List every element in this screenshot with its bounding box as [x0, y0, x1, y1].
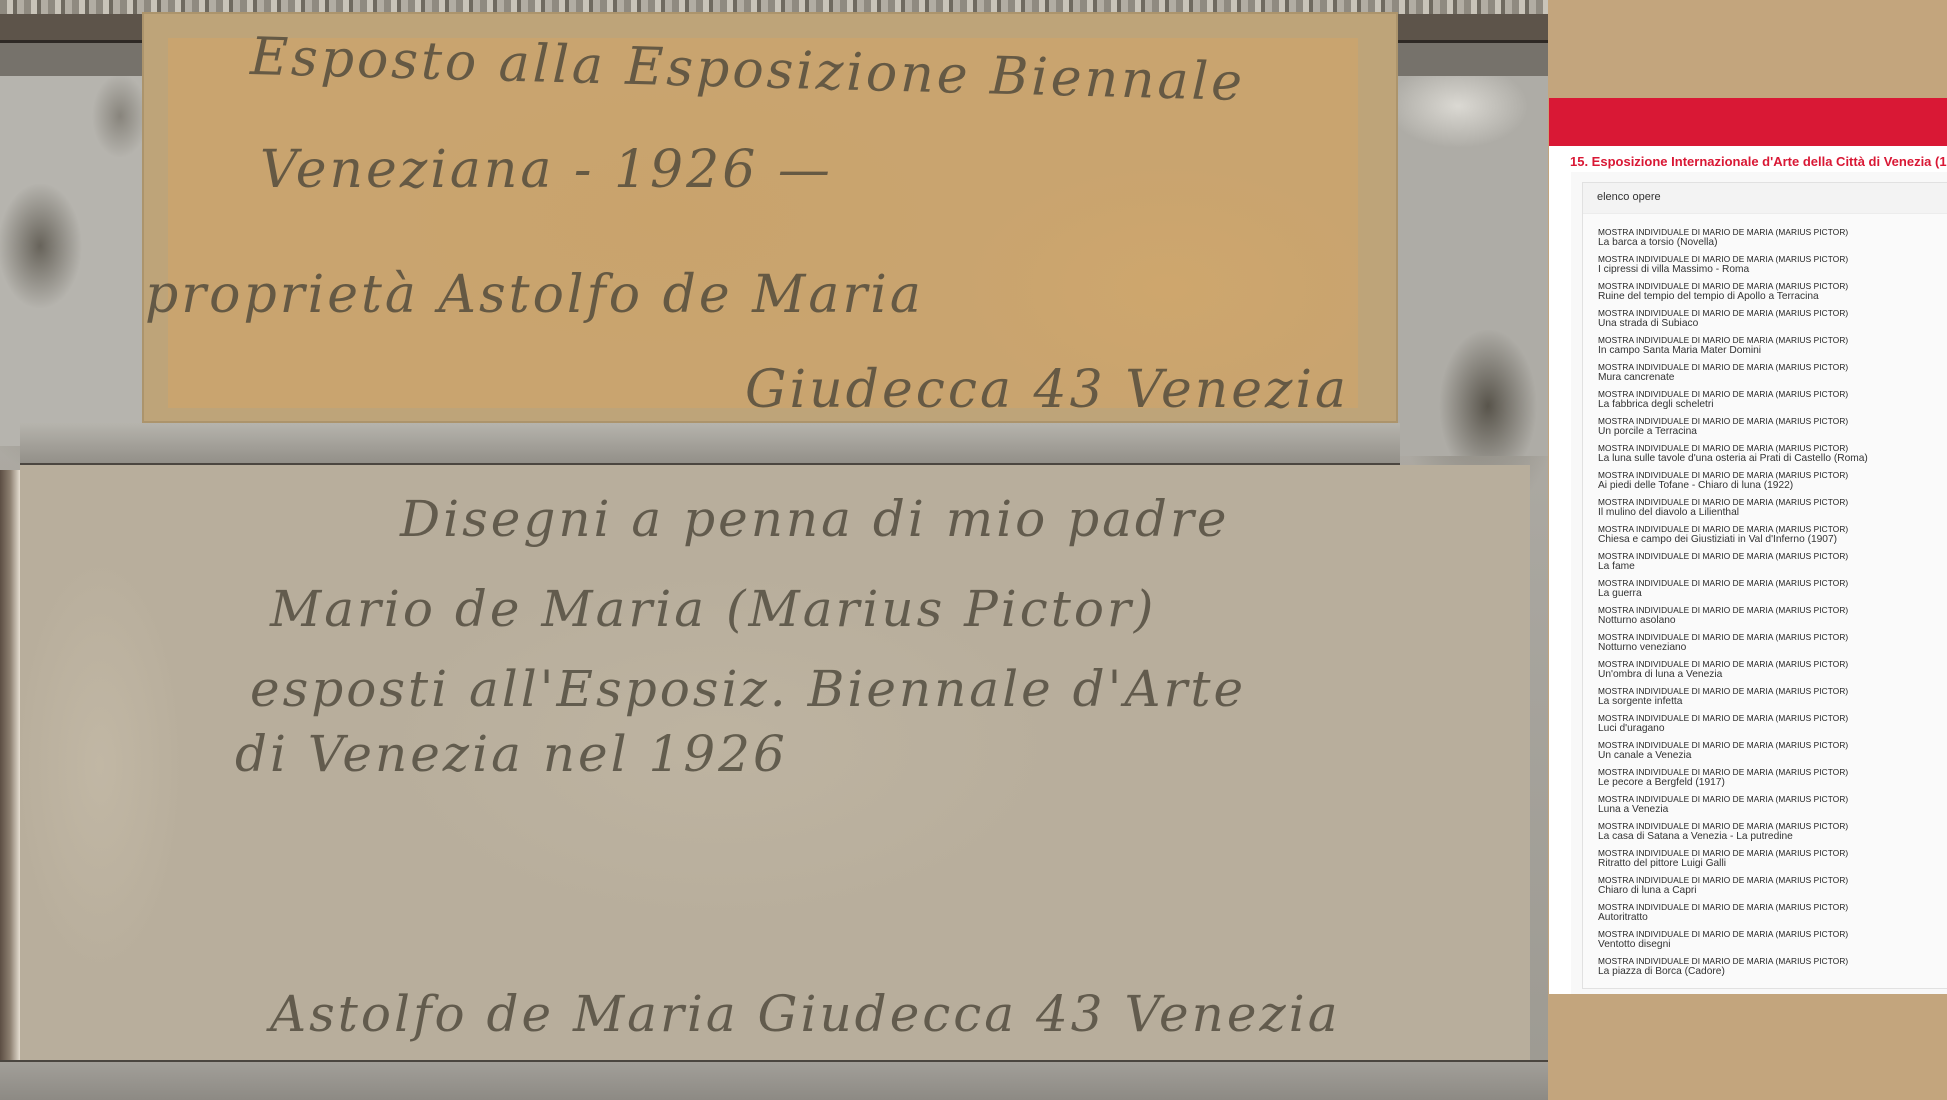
work-title[interactable]: Luci d'uragano: [1598, 723, 1947, 735]
work-list-item[interactable]: MOSTRA INDIVIDUALE DI MARIO DE MARIA (MA…: [1598, 254, 1947, 281]
work-category: MOSTRA INDIVIDUALE DI MARIO DE MARIA (MA…: [1598, 524, 1947, 534]
work-category: MOSTRA INDIVIDUALE DI MARIO DE MARIA (MA…: [1598, 443, 1947, 453]
work-title[interactable]: Notturno veneziano: [1598, 642, 1947, 654]
work-list-item[interactable]: MOSTRA INDIVIDUALE DI MARIO DE MARIA (MA…: [1598, 713, 1947, 740]
work-list-item[interactable]: MOSTRA INDIVIDUALE DI MARIO DE MARIA (MA…: [1598, 821, 1947, 848]
work-title[interactable]: Un canale a Venezia: [1598, 750, 1947, 762]
works-list-box: elenco opere MOSTRA INDIVIDUALE DI MARIO…: [1582, 182, 1947, 989]
work-category: MOSTRA INDIVIDUALE DI MARIO DE MARIA (MA…: [1598, 956, 1947, 966]
work-list-item[interactable]: MOSTRA INDIVIDUALE DI MARIO DE MARIA (MA…: [1598, 335, 1947, 362]
work-title[interactable]: Chiesa e campo dei Giustiziati in Val d'…: [1598, 534, 1947, 546]
work-list-item[interactable]: MOSTRA INDIVIDUALE DI MARIO DE MARIA (MA…: [1598, 902, 1947, 929]
frame-left-edge: [0, 470, 20, 1070]
work-category: MOSTRA INDIVIDUALE DI MARIO DE MARIA (MA…: [1598, 713, 1947, 723]
work-list-item[interactable]: MOSTRA INDIVIDUALE DI MARIO DE MARIA (MA…: [1598, 389, 1947, 416]
work-list-item[interactable]: MOSTRA INDIVIDUALE DI MARIO DE MARIA (MA…: [1598, 956, 1947, 983]
work-title[interactable]: Mura cancrenate: [1598, 372, 1947, 384]
work-list-item[interactable]: MOSTRA INDIVIDUALE DI MARIO DE MARIA (MA…: [1598, 686, 1947, 713]
work-list-item[interactable]: MOSTRA INDIVIDUALE DI MARIO DE MARIA (MA…: [1598, 497, 1947, 524]
work-title[interactable]: La luna sulle tavole d'una osteria ai Pr…: [1598, 453, 1947, 465]
work-category: MOSTRA INDIVIDUALE DI MARIO DE MARIA (MA…: [1598, 821, 1947, 831]
work-title[interactable]: Autoritratto: [1598, 912, 1947, 924]
exhibition-title: 15. Esposizione Internazionale d'Arte de…: [1570, 154, 1947, 169]
lower-handwriting-line-3: esposti all'Esposiz. Biennale d'Arte: [250, 660, 1246, 718]
work-title[interactable]: Il mulino del diavolo a Lilienthal: [1598, 507, 1947, 519]
work-title[interactable]: Le pecore a Bergfeld (1917): [1598, 777, 1947, 789]
work-title[interactable]: I cipressi di villa Massimo - Roma: [1598, 264, 1947, 276]
work-title[interactable]: Un porcile a Terracina: [1598, 426, 1947, 438]
frame-bottom-band: [0, 1060, 1548, 1100]
work-list-item[interactable]: MOSTRA INDIVIDUALE DI MARIO DE MARIA (MA…: [1598, 416, 1947, 443]
work-category: MOSTRA INDIVIDUALE DI MARIO DE MARIA (MA…: [1598, 848, 1947, 858]
work-title[interactable]: La barca a torsio (Novella): [1598, 237, 1947, 249]
lower-handwriting-line-1: Disegni a penna di mio padre: [400, 490, 1229, 548]
upper-handwriting-line-2: Veneziana - 1926 —: [260, 140, 833, 200]
work-category: MOSTRA INDIVIDUALE DI MARIO DE MARIA (MA…: [1598, 605, 1947, 615]
work-title[interactable]: La sorgente infetta: [1598, 696, 1947, 708]
work-list-item[interactable]: MOSTRA INDIVIDUALE DI MARIO DE MARIA (MA…: [1598, 470, 1947, 497]
work-category: MOSTRA INDIVIDUALE DI MARIO DE MARIA (MA…: [1598, 767, 1947, 777]
lower-handwriting-line-4: di Venezia nel 1926: [235, 725, 788, 783]
lower-handwriting-signature: Astolfo de Maria Giudecca 43 Venezia: [270, 985, 1341, 1043]
work-list-item[interactable]: MOSTRA INDIVIDUALE DI MARIO DE MARIA (MA…: [1598, 227, 1947, 254]
work-title[interactable]: Una strada di Subiaco: [1598, 318, 1947, 330]
work-title[interactable]: Un'ombra di luna a Venezia: [1598, 669, 1947, 681]
work-category: MOSTRA INDIVIDUALE DI MARIO DE MARIA (MA…: [1598, 497, 1947, 507]
work-category: MOSTRA INDIVIDUALE DI MARIO DE MARIA (MA…: [1598, 416, 1947, 426]
lower-handwriting-line-2: Mario de Maria (Marius Pictor): [270, 580, 1156, 638]
work-category: MOSTRA INDIVIDUALE DI MARIO DE MARIA (MA…: [1598, 659, 1947, 669]
backing-stone-right: [1398, 76, 1548, 456]
work-title[interactable]: La guerra: [1598, 588, 1947, 600]
work-title[interactable]: Chiaro di luna a Capri: [1598, 885, 1947, 897]
work-title[interactable]: Ruine del tempio del tempio di Apollo a …: [1598, 291, 1947, 303]
work-list-item[interactable]: MOSTRA INDIVIDUALE DI MARIO DE MARIA (MA…: [1598, 767, 1947, 794]
upper-handwriting-line-4: Giudecca 43 Venezia: [745, 360, 1349, 420]
handwritten-labels-photo: Esposto alla Esposizione Biennale Venezi…: [0, 0, 1548, 1100]
work-category: MOSTRA INDIVIDUALE DI MARIO DE MARIA (MA…: [1598, 578, 1947, 588]
work-title[interactable]: Ai piedi delle Tofane - Chiaro di luna (…: [1598, 480, 1947, 492]
work-category: MOSTRA INDIVIDUALE DI MARIO DE MARIA (MA…: [1598, 902, 1947, 912]
work-category: MOSTRA INDIVIDUALE DI MARIO DE MARIA (MA…: [1598, 389, 1947, 399]
work-title[interactable]: Notturno asolano: [1598, 615, 1947, 627]
work-category: MOSTRA INDIVIDUALE DI MARIO DE MARIA (MA…: [1598, 227, 1947, 237]
work-category: MOSTRA INDIVIDUALE DI MARIO DE MARIA (MA…: [1598, 686, 1947, 696]
work-list-item[interactable]: MOSTRA INDIVIDUALE DI MARIO DE MARIA (MA…: [1598, 659, 1947, 686]
work-category: MOSTRA INDIVIDUALE DI MARIO DE MARIA (MA…: [1598, 875, 1947, 885]
work-category: MOSTRA INDIVIDUALE DI MARIO DE MARIA (MA…: [1598, 632, 1947, 642]
work-list-item[interactable]: MOSTRA INDIVIDUALE DI MARIO DE MARIA (MA…: [1598, 578, 1947, 605]
upper-handwriting-line-3: proprietà Astolfo de Maria: [145, 265, 924, 325]
work-title[interactable]: La fabbrica degli scheletri: [1598, 399, 1947, 411]
panel-bottom-background: [1548, 994, 1947, 1100]
work-title[interactable]: Ventotto disegni: [1598, 939, 1947, 951]
work-list-item[interactable]: MOSTRA INDIVIDUALE DI MARIO DE MARIA (MA…: [1598, 875, 1947, 902]
works-list: MOSTRA INDIVIDUALE DI MARIO DE MARIA (MA…: [1583, 214, 1947, 983]
work-title[interactable]: La piazza di Borca (Cadore): [1598, 966, 1947, 978]
work-category: MOSTRA INDIVIDUALE DI MARIO DE MARIA (MA…: [1598, 254, 1947, 264]
work-title[interactable]: In campo Santa Maria Mater Domini: [1598, 345, 1947, 357]
panel-top-background: [1548, 0, 1947, 98]
work-title[interactable]: La fame: [1598, 561, 1947, 573]
work-category: MOSTRA INDIVIDUALE DI MARIO DE MARIA (MA…: [1598, 308, 1947, 318]
work-category: MOSTRA INDIVIDUALE DI MARIO DE MARIA (MA…: [1598, 470, 1947, 480]
work-list-item[interactable]: MOSTRA INDIVIDUALE DI MARIO DE MARIA (MA…: [1598, 794, 1947, 821]
work-list-item[interactable]: MOSTRA INDIVIDUALE DI MARIO DE MARIA (MA…: [1598, 281, 1947, 308]
work-list-item[interactable]: MOSTRA INDIVIDUALE DI MARIO DE MARIA (MA…: [1598, 929, 1947, 956]
work-list-item[interactable]: MOSTRA INDIVIDUALE DI MARIO DE MARIA (MA…: [1598, 308, 1947, 335]
exhibition-panel: 15. Esposizione Internazionale d'Arte de…: [1549, 146, 1947, 994]
work-list-item[interactable]: MOSTRA INDIVIDUALE DI MARIO DE MARIA (MA…: [1598, 605, 1947, 632]
work-list-item[interactable]: MOSTRA INDIVIDUALE DI MARIO DE MARIA (MA…: [1598, 632, 1947, 659]
work-list-item[interactable]: MOSTRA INDIVIDUALE DI MARIO DE MARIA (MA…: [1598, 524, 1947, 551]
work-title[interactable]: Luna a Venezia: [1598, 804, 1947, 816]
work-category: MOSTRA INDIVIDUALE DI MARIO DE MARIA (MA…: [1598, 794, 1947, 804]
work-category: MOSTRA INDIVIDUALE DI MARIO DE MARIA (MA…: [1598, 740, 1947, 750]
work-category: MOSTRA INDIVIDUALE DI MARIO DE MARIA (MA…: [1598, 362, 1947, 372]
grey-tape-band: [20, 423, 1400, 465]
red-header-band: [1549, 98, 1947, 146]
backing-stone-left: [0, 76, 145, 446]
work-list-item[interactable]: MOSTRA INDIVIDUALE DI MARIO DE MARIA (MA…: [1598, 848, 1947, 875]
work-title[interactable]: La casa di Satana a Venezia - La putredi…: [1598, 831, 1947, 843]
works-list-header: elenco opere: [1583, 183, 1947, 214]
work-category: MOSTRA INDIVIDUALE DI MARIO DE MARIA (MA…: [1598, 929, 1947, 939]
work-title[interactable]: Ritratto del pittore Luigi Galli: [1598, 858, 1947, 870]
work-list-item[interactable]: MOSTRA INDIVIDUALE DI MARIO DE MARIA (MA…: [1598, 443, 1947, 470]
work-list-item[interactable]: MOSTRA INDIVIDUALE DI MARIO DE MARIA (MA…: [1598, 551, 1947, 578]
work-list-item[interactable]: MOSTRA INDIVIDUALE DI MARIO DE MARIA (MA…: [1598, 740, 1947, 767]
work-category: MOSTRA INDIVIDUALE DI MARIO DE MARIA (MA…: [1598, 335, 1947, 345]
work-category: MOSTRA INDIVIDUALE DI MARIO DE MARIA (MA…: [1598, 281, 1947, 291]
work-category: MOSTRA INDIVIDUALE DI MARIO DE MARIA (MA…: [1598, 551, 1947, 561]
work-list-item[interactable]: MOSTRA INDIVIDUALE DI MARIO DE MARIA (MA…: [1598, 362, 1947, 389]
